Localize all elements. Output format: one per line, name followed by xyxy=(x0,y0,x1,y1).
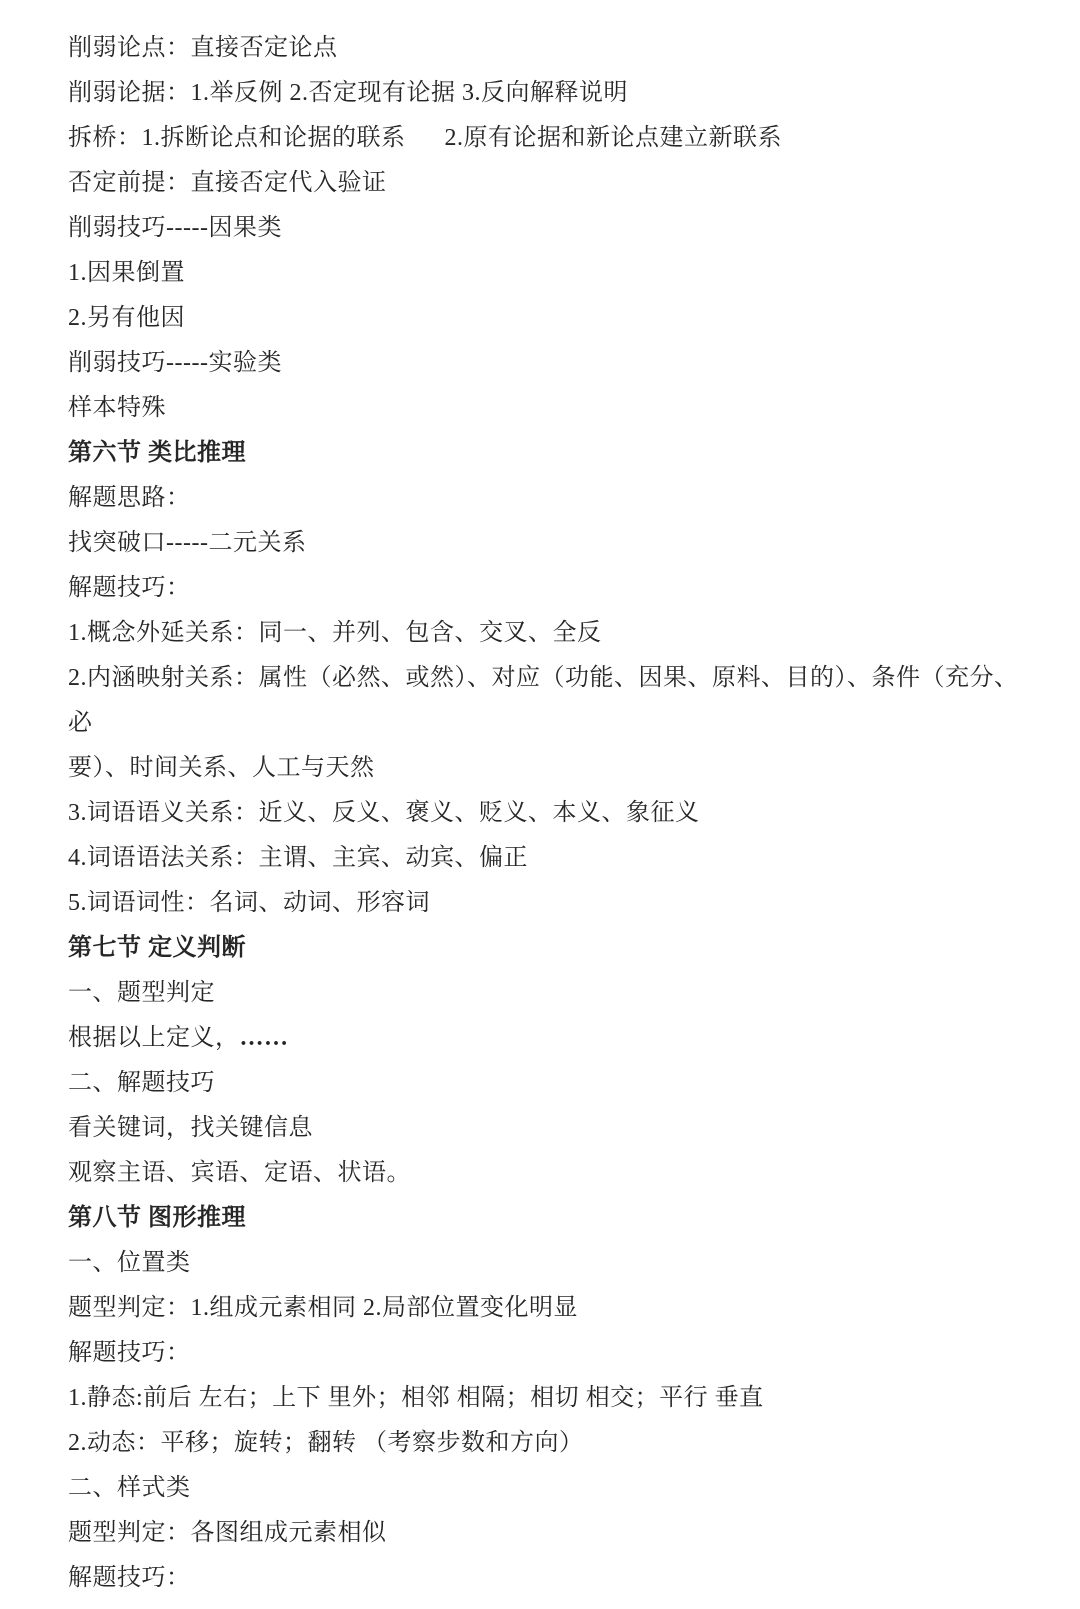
text-line: 一、位置类 xyxy=(68,1241,1040,1286)
text-line: 解题技巧： xyxy=(68,566,1040,611)
text-line: 题型判定：1.组成元素相同 2.局部位置变化明显 xyxy=(68,1286,1040,1331)
document-body: 削弱论点：直接否定论点削弱论据：1.举反例 2.否定现有论据 3.反向解释说明拆… xyxy=(68,26,1040,1601)
text-line: 削弱论据：1.举反例 2.否定现有论据 3.反向解释说明 xyxy=(68,71,1040,116)
text-line: 找突破口-----二元关系 xyxy=(68,521,1040,566)
text-line: 样本特殊 xyxy=(68,386,1040,431)
text-line: 要）、时间关系、人工与天然 xyxy=(68,746,1040,791)
text-line: 解题技巧： xyxy=(68,1556,1040,1601)
text-segment: 1.概念外延关系：同一、并列、包含、交叉、全反 xyxy=(68,620,602,646)
text-segment: 题型判定：各图组成元素相似 xyxy=(68,1520,387,1546)
text-segment: 2.动态：平移；旋转；翻转 （考察步数和方向） xyxy=(68,1430,584,1456)
text-segment: 1.静态:前后 左右；上下 里外；相邻 相隔；相切 相交；平行 垂直 xyxy=(68,1385,764,1411)
text-line: 4.词语语法关系：主谓、主宾、动宾、偏正 xyxy=(68,836,1040,881)
text-line: 第七节 定义判断 xyxy=(68,926,1040,971)
text-segment: 削弱技巧-----实验类 xyxy=(68,350,282,376)
text-segment-bold: 第八节 图形推理 xyxy=(68,1205,246,1231)
text-line: 看关键词，找关键信息 xyxy=(68,1106,1040,1151)
text-segment: 2.内涵映射关系：属性（必然、或然）、对应（功能、因果、原料、目的）、条件（充分… xyxy=(68,665,1019,736)
text-segment: 看关键词，找关键信息 xyxy=(68,1115,313,1141)
text-segment: 样本特殊 xyxy=(68,395,166,421)
text-segment: 观察主语、宾语、定语、状语。 xyxy=(68,1160,411,1186)
text-segment: 一、题型判定 xyxy=(68,980,215,1006)
text-segment: 二、样式类 xyxy=(68,1475,191,1501)
text-line: 第八节 图形推理 xyxy=(68,1196,1040,1241)
text-line: 二、样式类 xyxy=(68,1466,1040,1511)
text-line: 题型判定：各图组成元素相似 xyxy=(68,1511,1040,1556)
text-segment: 削弱技巧-----因果类 xyxy=(68,215,282,241)
text-segment: 削弱论点：直接否定论点 xyxy=(68,35,338,61)
text-segment-bold: 第七节 定义判断 xyxy=(68,935,246,961)
text-segment: 1.因果倒置 xyxy=(68,260,185,286)
text-segment: 否定前提：直接否定代入验证 xyxy=(68,170,387,196)
text-line: 否定前提：直接否定代入验证 xyxy=(68,161,1040,206)
text-line: 2.内涵映射关系：属性（必然、或然）、对应（功能、因果、原料、目的）、条件（充分… xyxy=(68,656,1040,746)
text-segment: 解题技巧： xyxy=(68,1340,191,1366)
text-line: 拆桥：1.拆断论点和论据的联系 2.原有论据和新论点建立新联系 xyxy=(68,116,1040,161)
text-segment: 削弱论据：1.举反例 2.否定现有论据 3.反向解释说明 xyxy=(68,80,628,106)
text-segment: 解题思路： xyxy=(68,485,191,511)
text-line: 3.词语语义关系：近义、反义、褒义、贬义、本义、象征义 xyxy=(68,791,1040,836)
text-segment: 5.词语词性：名词、动词、形容词 xyxy=(68,890,430,916)
text-segment: 二、解题技巧 xyxy=(68,1070,215,1096)
text-line: 2.另有他因 xyxy=(68,296,1040,341)
text-segment: 找突破口-----二元关系 xyxy=(68,530,306,556)
text-segment-bold: 第六节 类比推理 xyxy=(68,440,246,466)
text-line: 削弱技巧-----因果类 xyxy=(68,206,1040,251)
text-segment-bold: …… xyxy=(240,1025,289,1051)
text-line: 1.静态:前后 左右；上下 里外；相邻 相隔；相切 相交；平行 垂直 xyxy=(68,1376,1040,1421)
text-line: 削弱技巧-----实验类 xyxy=(68,341,1040,386)
text-segment: 要）、时间关系、人工与天然 xyxy=(68,755,375,781)
text-line: 5.词语词性：名词、动词、形容词 xyxy=(68,881,1040,926)
text-line: 观察主语、宾语、定语、状语。 xyxy=(68,1151,1040,1196)
text-line: 二、解题技巧 xyxy=(68,1061,1040,1106)
text-line: 削弱论点：直接否定论点 xyxy=(68,26,1040,71)
text-segment: 4.词语语法关系：主谓、主宾、动宾、偏正 xyxy=(68,845,528,871)
text-line: 1.因果倒置 xyxy=(68,251,1040,296)
text-line: 1.概念外延关系：同一、并列、包含、交叉、全反 xyxy=(68,611,1040,656)
text-segment: 拆桥：1.拆断论点和论据的联系 2.原有论据和新论点建立新联系 xyxy=(68,125,782,151)
text-segment: 解题技巧： xyxy=(68,1565,191,1591)
text-line: 2.动态：平移；旋转；翻转 （考察步数和方向） xyxy=(68,1421,1040,1466)
text-segment: 题型判定：1.组成元素相同 2.局部位置变化明显 xyxy=(68,1295,578,1321)
text-segment: 2.另有他因 xyxy=(68,305,185,331)
text-segment: 一、位置类 xyxy=(68,1250,191,1276)
text-line: 根据以上定义，…… xyxy=(68,1016,1040,1061)
text-line: 第六节 类比推理 xyxy=(68,431,1040,476)
text-segment: 根据以上定义， xyxy=(68,1025,240,1051)
text-line: 一、题型判定 xyxy=(68,971,1040,1016)
text-line: 解题思路： xyxy=(68,476,1040,521)
text-line: 解题技巧： xyxy=(68,1331,1040,1376)
text-segment: 解题技巧： xyxy=(68,575,191,601)
document-page: 削弱论点：直接否定论点削弱论据：1.举反例 2.否定现有论据 3.反向解释说明拆… xyxy=(0,0,1080,1609)
text-segment: 3.词语语义关系：近义、反义、褒义、贬义、本义、象征义 xyxy=(68,800,700,826)
